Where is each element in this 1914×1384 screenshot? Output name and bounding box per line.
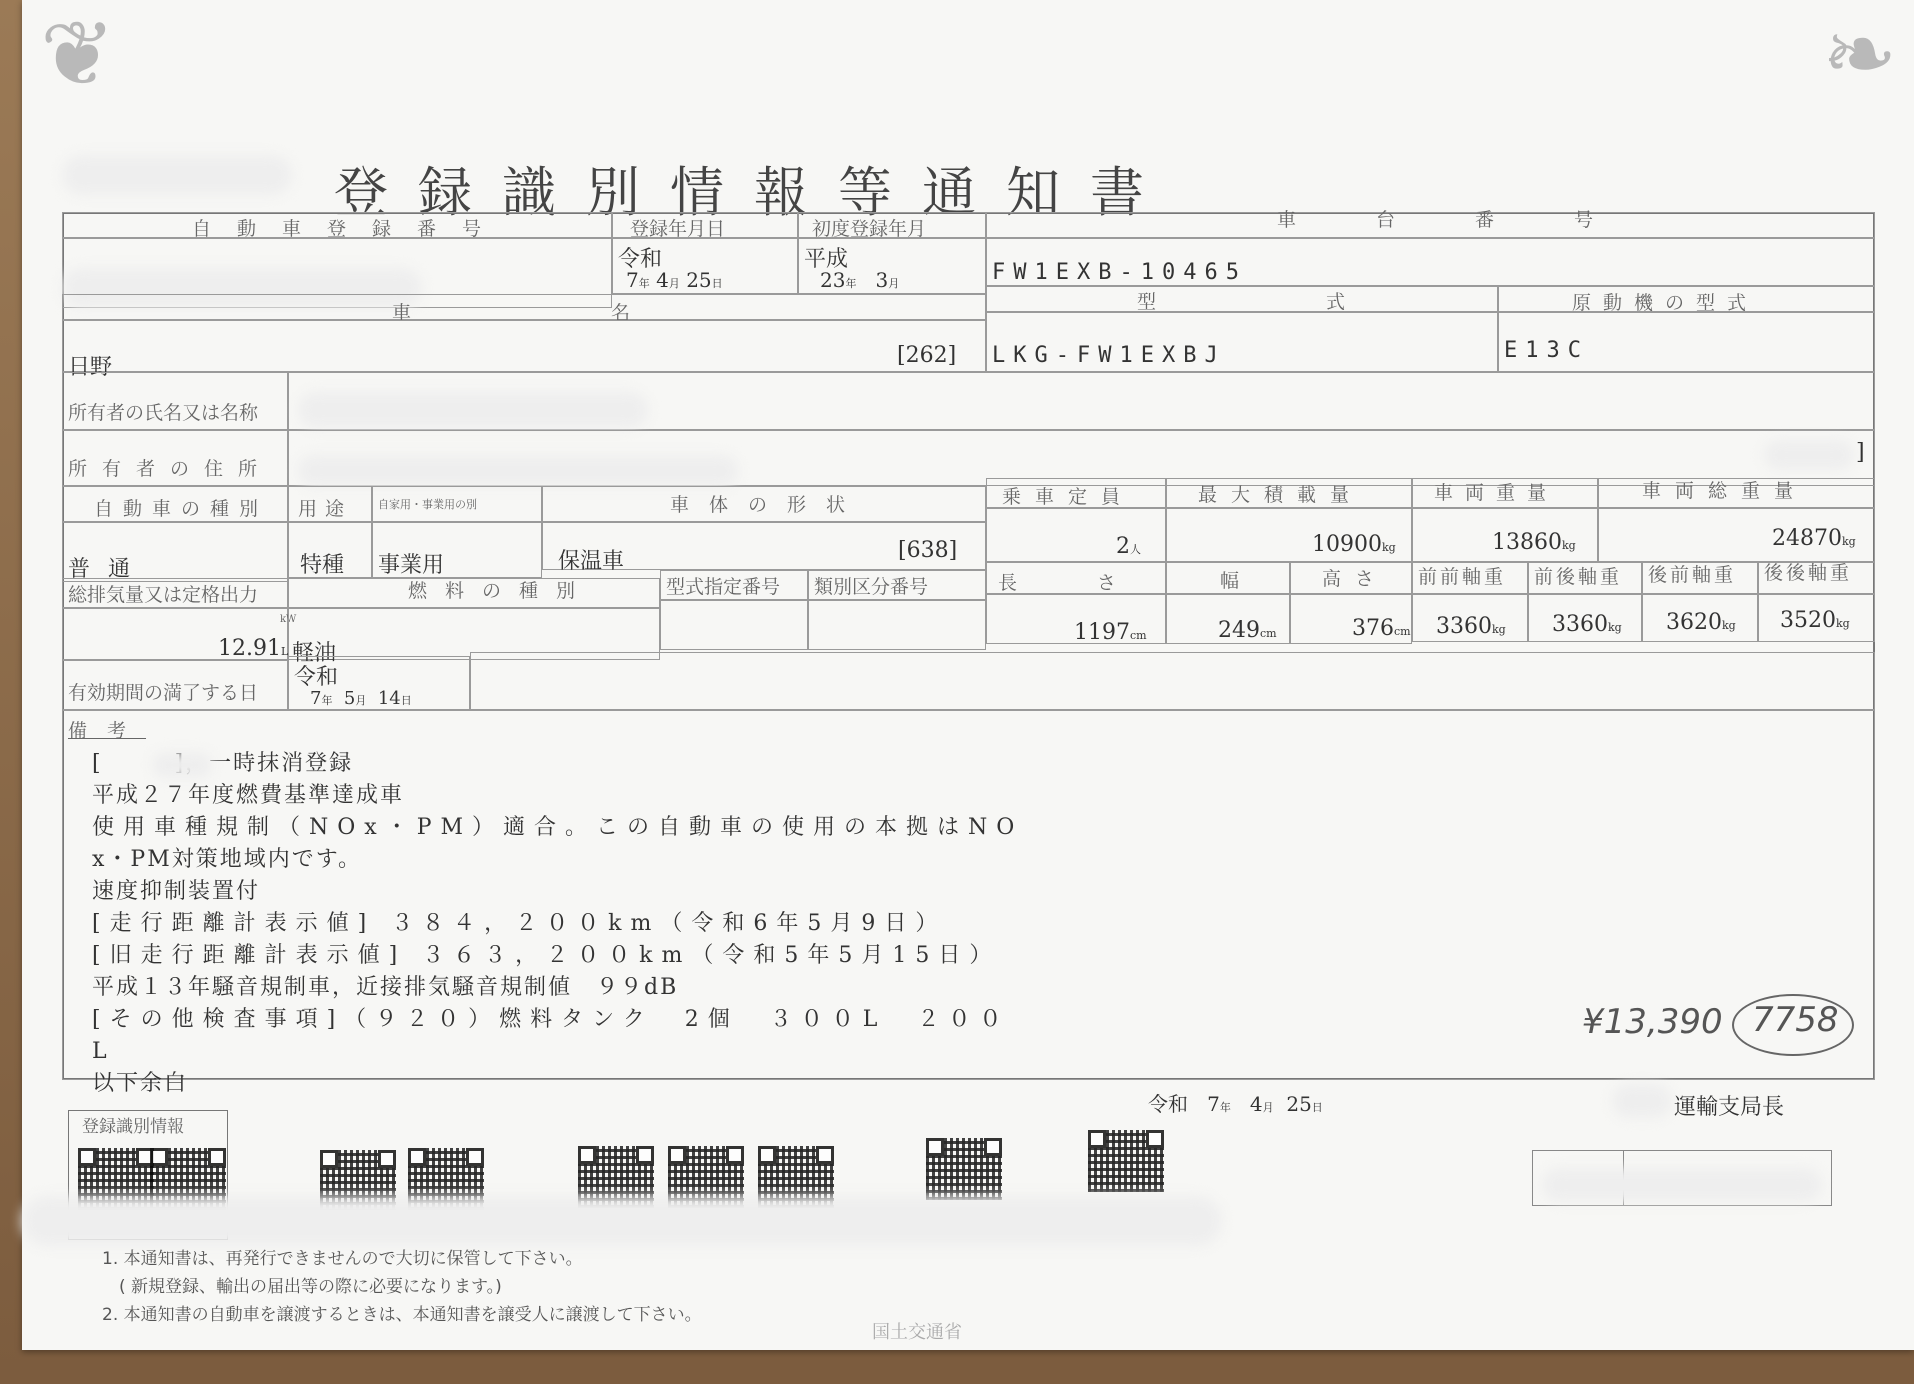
notes: 1. 本通知書は、再発行できませんので大切に保管して下さい。 ( 新規登録、輸出…: [102, 1245, 702, 1329]
private-business-label: 自家用・事業用の別: [378, 496, 477, 512]
note-line: 1. 本通知書は、再発行できませんので大切に保管して下さい。: [102, 1245, 702, 1273]
type-label: 自動車の種別: [94, 494, 268, 521]
remarks-line: [その他検査事項]（９２０）燃料タンク 2個 ３００L ２００: [92, 1004, 1023, 1036]
displacement-label: 総排気量又は定格出力: [68, 580, 258, 607]
rf-axle-value: 3620kg: [1666, 610, 1736, 635]
registration-notice-paper: ❦ ❧ 登録識別情報等通知書 自動車登録番号 登録年月日 初度登録年月 車台番号…: [22, 0, 1914, 1350]
reg-date-label: 登録年月日: [630, 214, 725, 241]
width-label: 幅: [1220, 566, 1239, 593]
validity-empty-cell: [470, 652, 1875, 710]
rr-axle-value: 3520kg: [1780, 608, 1850, 633]
use-label: 用途: [298, 494, 352, 521]
note-line: ( 新規登録、輸出の届出等の際に必要になります。): [102, 1273, 702, 1301]
remarks-line: [走行距離計表示値] ３８４，２００km（令和6年5月9日）: [92, 908, 1023, 940]
width-value: 249cm: [1218, 618, 1277, 643]
model-value: LKG-FW1EXBJ: [992, 343, 1226, 368]
redacted-owner-address: [298, 455, 738, 487]
remarks-label: 備考: [68, 716, 146, 743]
validity-date: 7年 5月 14日: [310, 688, 412, 709]
redacted-owner-name: [298, 392, 648, 428]
make-code: [262]: [897, 343, 956, 368]
remarks-line: 使用車種規制（NOx・PM）適合。この自動車の使用の本拠はNO: [92, 812, 1023, 844]
handwritten-number: 7758: [1752, 1000, 1839, 1040]
fr-axle-value: 3360kg: [1552, 612, 1622, 637]
reg-date-value: 7年 4月 25日: [626, 268, 723, 292]
fuel-label: 燃料の種別: [408, 576, 593, 603]
chassis-number-label: 車台番号: [1277, 205, 1673, 232]
max-load-value: 10900kg: [1312, 532, 1396, 557]
ff-axle-label: 前前軸重: [1418, 562, 1506, 589]
remarks-line: 平成２７年度燃費基準達成車: [92, 780, 1023, 812]
issue-date: 令和 7年 4月 25日: [1148, 1088, 1323, 1117]
length-value: 1197cm: [1074, 620, 1147, 645]
capacity-value: 2人: [1116, 534, 1141, 559]
engine-model-value: E13C: [1504, 338, 1589, 363]
category-number-label: 類別区分番号: [814, 572, 928, 599]
body-shape-label: 車体の形状: [670, 490, 865, 517]
engine-model-label: 原動機の型式: [1572, 288, 1758, 315]
max-load-label: 最大積載量: [1198, 480, 1363, 507]
redacted-qr-strip: [22, 1196, 1222, 1246]
remarks-line: [ ]，一時抹消登録: [92, 748, 1023, 780]
category-number-value-cell: [808, 600, 986, 650]
rr-axle-label: 後後軸重: [1764, 558, 1852, 585]
vehicle-weight-label: 車両重量: [1434, 478, 1558, 505]
use-value: 特種: [300, 548, 344, 579]
vehicle-weight-value: 13860kg: [1492, 530, 1576, 555]
first-reg-label: 初度登録年月: [812, 214, 926, 241]
remarks-text: [ ]，一時抹消登録 平成２７年度燃費基準達成車 使用車種規制（NOx・PM）適…: [92, 748, 1023, 1100]
remarks-line: 平成１３年騒音規制車，近接排気騒音規制値 ９９dB: [92, 972, 1023, 1004]
type-designation-value-cell: [660, 600, 808, 650]
redacted-issuer-region: [1612, 1084, 1672, 1118]
gross-weight-value: 24870kg: [1772, 526, 1856, 551]
qr-code-icon: [1088, 1130, 1164, 1192]
validity-label: 有効期間の満了する日: [68, 678, 258, 705]
validity-era: 令和: [294, 660, 338, 691]
make-value-cell: [62, 320, 986, 372]
redacted-owner-address-tail: [1764, 440, 1854, 470]
redacted-remark: [152, 752, 212, 778]
remarks-line: [旧走行距離計表示値] ３６３，２００km（令和5年5月15日）: [92, 940, 1023, 972]
height-value: 376cm: [1352, 616, 1411, 641]
remarks-line: L: [92, 1036, 1023, 1068]
fr-axle-label: 前後軸重: [1534, 562, 1622, 589]
address-bracket: ]: [1856, 440, 1865, 465]
reg-number-label: 自動車登録番号: [192, 214, 507, 241]
gross-weight-label: 車両総重量: [1642, 476, 1807, 503]
rf-axle-label: 後前軸重: [1648, 560, 1736, 587]
first-reg-value: 23年 3月: [820, 268, 899, 292]
body-shape-code: [638]: [898, 538, 957, 563]
body-shape-value: 保温車: [558, 544, 624, 575]
corner-ornament-icon: ❧: [1822, 10, 1897, 100]
qr-section-label: 登録識別情報: [82, 1112, 184, 1137]
handwritten-price: ¥13,390: [1582, 1002, 1723, 1042]
issuer: 運輸支局長: [1674, 1090, 1784, 1121]
corner-ornament-icon: ❦: [40, 10, 115, 100]
remarks-line: 速度抑制装置付: [92, 876, 1023, 908]
displacement-value: 12.91L: [218, 636, 288, 661]
remarks-line: 以下余白: [92, 1068, 1023, 1100]
height-label: 高さ: [1322, 564, 1388, 591]
owner-address-label: 所有者の住所: [68, 454, 272, 481]
redacted-seal: [1542, 1168, 1822, 1202]
redacted-area: [62, 155, 292, 195]
remarks-line: x・PM対策地域内です。: [92, 844, 1023, 876]
ministry-mark: 国土交通省: [872, 1318, 962, 1344]
chassis-number: FW1EXB-10465: [992, 260, 1247, 285]
qr-code-icon: [926, 1138, 1002, 1200]
capacity-label: 乗車定員: [1002, 482, 1134, 509]
private-business-value: 事業用: [378, 548, 444, 579]
model-label: 型式: [1137, 287, 1515, 314]
note-line: 2. 本通知書の自動車を譲渡するときは、本通知書を譲受人に譲渡して下さい。: [102, 1301, 702, 1329]
ff-axle-value: 3360kg: [1436, 614, 1506, 639]
type-designation-label: 型式指定番号: [666, 572, 780, 599]
owner-name-label: 所有者の氏名又は名称: [68, 398, 258, 425]
